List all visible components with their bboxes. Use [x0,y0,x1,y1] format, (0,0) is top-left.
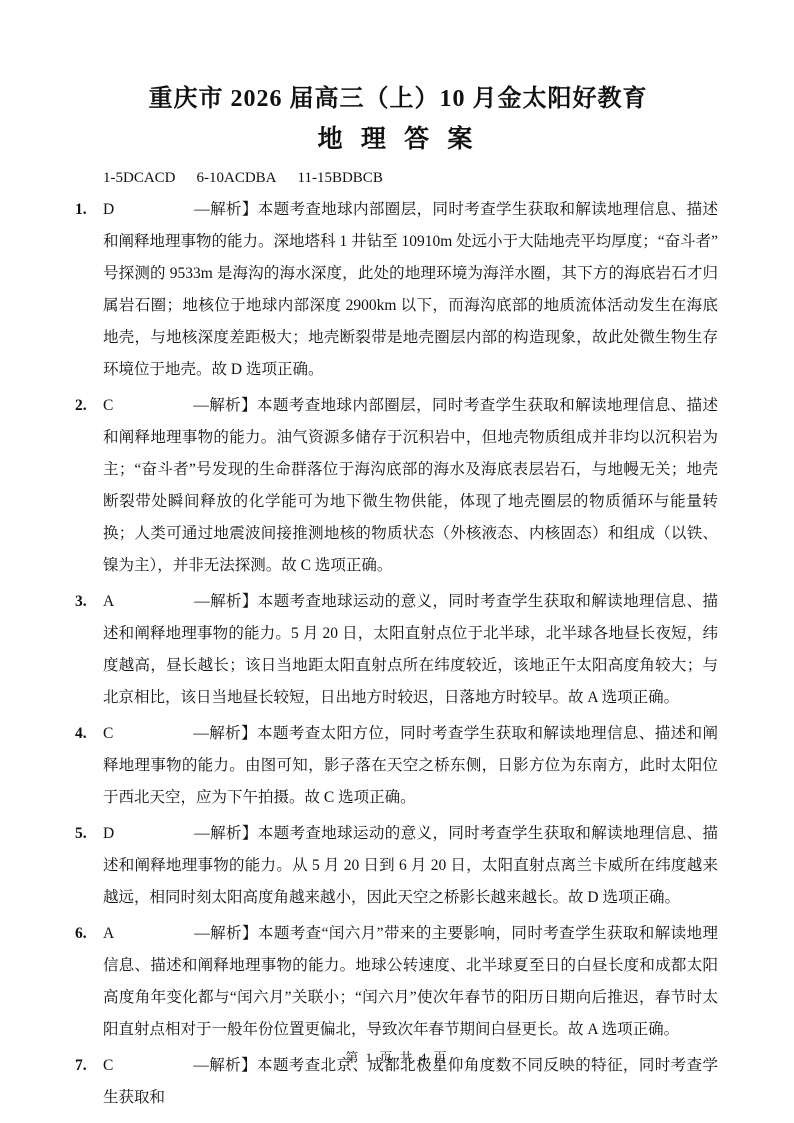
item-number: 4. [75,718,87,750]
explanation-item-4: 4.C—解析】本题考查太阳方位，同时考查学生获取和解读地理信息、描述和阐释地理事… [78,718,718,814]
explanation-item-1: 1.D—解析】本题考查地球内部圈层，同时考查学生获取和解读地理信息、描述和阐释地… [78,194,718,386]
answer-explanation-spacer [114,605,194,606]
item-number: 6. [75,918,87,950]
item-explanation: —解析】本题考查地球内部圈层，同时考查学生获取和解读地理信息、描述和阐释地理事物… [103,397,718,574]
item-explanation: —解析】本题考查太阳方位，同时考查学生获取和解读地理信息、描述和阐释地理事物的能… [103,725,718,806]
answer-explanation-spacer [113,409,193,410]
item-explanation: —解析】本题考查地球运动的意义，同时考查学生获取和解读地理信息、描述和阐释地理事… [103,825,718,906]
explanation-item-3: 3.A—解析】本题考查地球运动的意义，同时考查学生获取和解读地理信息、描述和阐释… [78,586,718,714]
explanation-item-2: 2.C—解析】本题考查地球内部圈层，同时考查学生获取和解读地理信息、描述和阐释地… [78,390,718,582]
answer-key-range-6-10: 6-10ACDBA [197,168,277,188]
answer-explanation-spacer [114,213,194,214]
explanation-list: 1.D—解析】本题考查地球内部圈层，同时考查学生获取和解读地理信息、描述和阐释地… [78,194,718,1114]
item-number: 3. [75,586,87,618]
item-number: 2. [75,390,87,422]
item-answer: C [103,725,113,742]
answer-key-row: 1-5DCACD 6-10ACDBA 11-15BDBCB [103,168,718,188]
doc-subtitle: 地 理 答 案 [78,126,718,154]
item-number: 1. [75,194,87,226]
answer-explanation-spacer [114,937,194,938]
item-explanation: —解析】本题考查“闰六月”带来的主要影响，同时考查学生获取和解读地理信息、描述和… [103,925,718,1038]
explanation-item-6: 6.A—解析】本题考查“闰六月”带来的主要影响，同时考查学生获取和解读地理信息、… [78,918,718,1046]
answer-explanation-spacer [113,737,193,738]
item-answer: A [103,593,114,610]
answer-key-range-11-15: 11-15BDBCB [298,168,383,188]
explanation-item-5: 5.D—解析】本题考查地球运动的意义，同时考查学生获取和解读地理信息、描述和阐释… [78,818,718,914]
page-footer: 第 1 页 共 4 页 [0,1048,794,1068]
item-answer: A [103,925,114,942]
doc-title: 重庆市 2026 届高三（上）10 月金太阳好教育 [78,84,718,114]
answer-explanation-spacer [114,837,194,838]
item-answer: D [103,825,114,842]
item-answer: D [103,201,114,218]
answer-explanation-spacer [113,1069,193,1070]
item-explanation: —解析】本题考查地球内部圈层，同时考查学生获取和解读地理信息、描述和阐释地理事物… [103,201,718,378]
answer-key-range-1-5: 1-5DCACD [103,168,176,188]
item-answer: C [103,397,113,414]
item-explanation: —解析】本题考查地球运动的意义，同时考查学生获取和解读地理信息、描述和阐释地理事… [103,593,718,706]
item-number: 5. [75,818,87,850]
document-page: 重庆市 2026 届高三（上）10 月金太阳好教育 地 理 答 案 1-5DCA… [0,0,794,1123]
